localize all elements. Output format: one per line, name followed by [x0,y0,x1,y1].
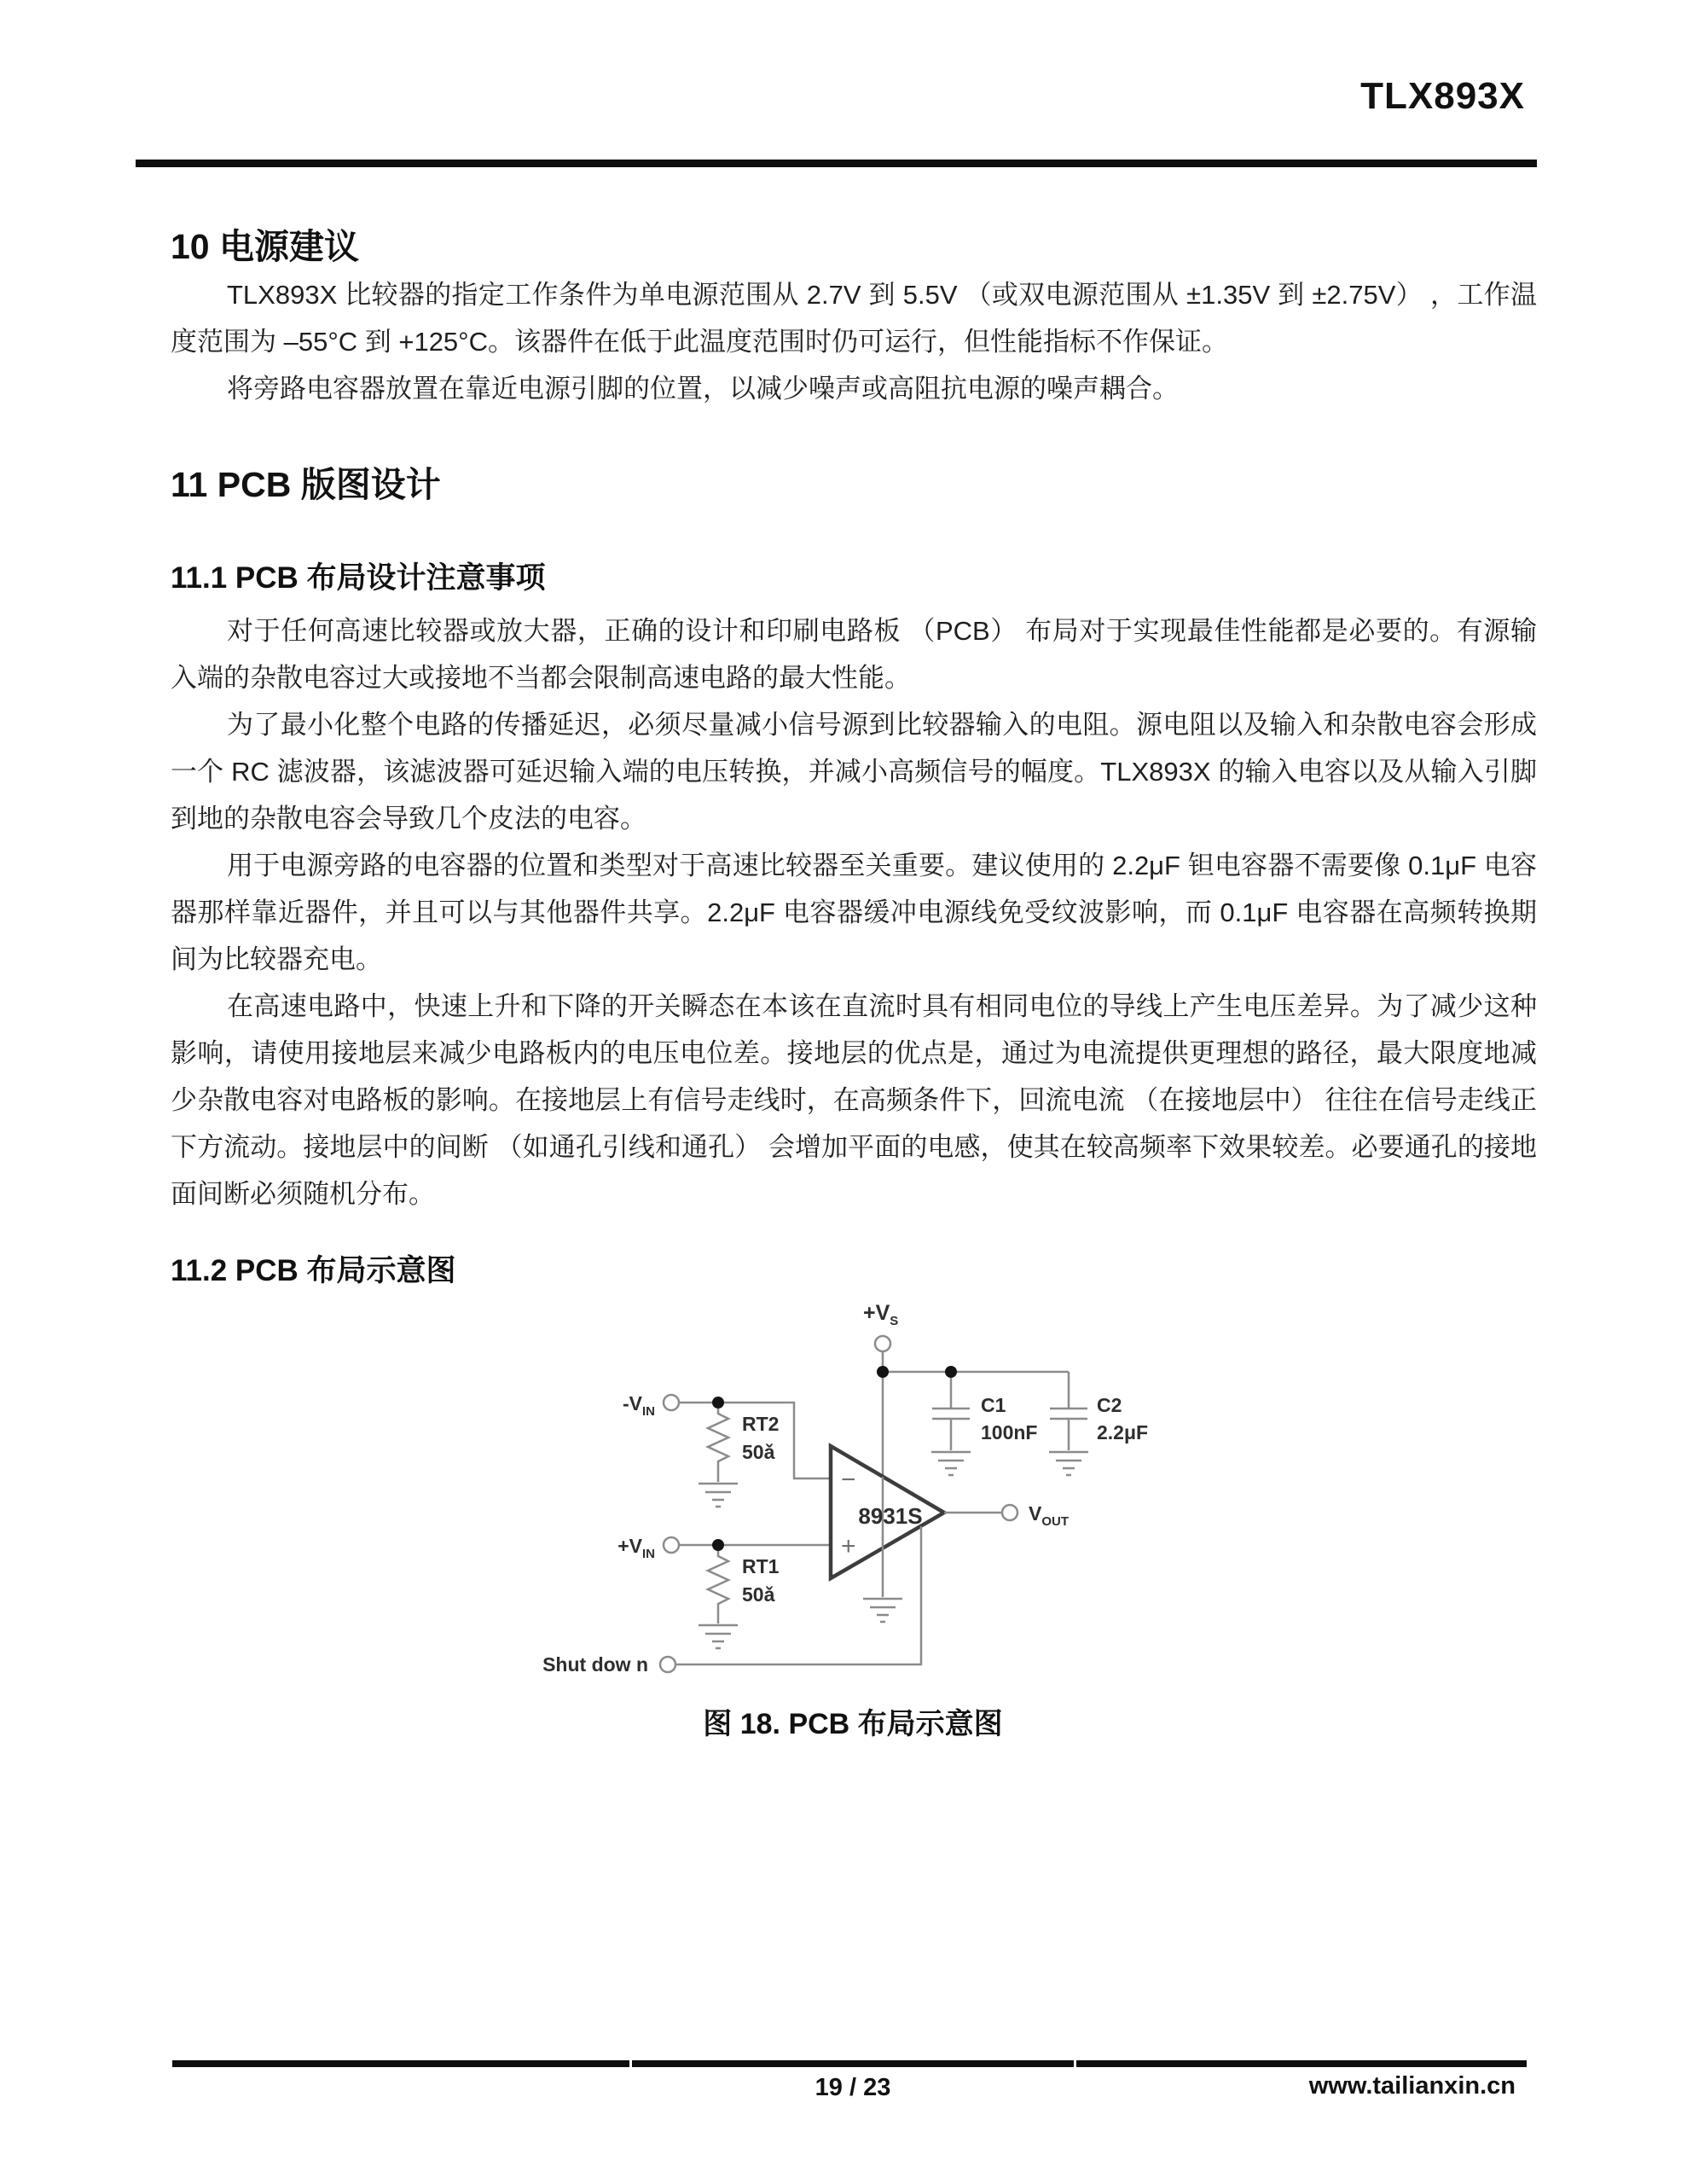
vin-neg-terminal [664,1395,679,1410]
figure-caption: 图 18. PCB 布局示意图 [171,1700,1535,1742]
rt2-value-label: 50ǎ [742,1441,775,1463]
footer-rule-segment [1076,2060,1527,2067]
c2-value-label: 2.2μF [1097,1421,1148,1443]
capacitor-c2 [1049,1372,1088,1475]
datasheet-page: TLX893X 10 电源建议 TLX893X 比较器的指定工作条件为单电源范围… [0,0,1687,2184]
section-11-1-heading: 11.1 PCB 布局设计注意事项 [171,555,1535,597]
section-10-paragraph-2: 将旁路电容器放置在靠近电源引脚的位置，以减少噪声或高阻抗电源的噪声耦合。 [171,365,1537,412]
footer-rule-segment [632,2060,1074,2067]
ground-symbol [931,1452,971,1475]
header-rule [136,160,1537,167]
opamp-part-label: 8931S [858,1503,922,1529]
rt1-name-label: RT1 [742,1555,780,1577]
c1-value-label: 100nF [981,1421,1037,1443]
section-11-1-paragraph-4: 在高速电路中，快速上升和下降的开关瞬态在本该在直流时具有相同电位的导线上产生电压… [171,983,1537,1217]
section-11-1-paragraph-1: 对于任何高速比较器或放大器，正确的设计和印刷电路板 （PCB） 布局对于实现最佳… [171,607,1537,701]
inverting-input-sign: − [841,1466,856,1494]
ground-symbol [699,1484,738,1507]
section-11-1-paragraph-2: 为了最小化整个电路的传播延迟，必须尽量减小信号源到比较器输入的电阻。源电阻以及输… [171,701,1537,842]
junction-dot [712,1397,724,1409]
ground-symbol [699,1625,738,1648]
ground-symbol [1049,1452,1088,1475]
vin-neg-label: -VIN [623,1392,655,1419]
junction-dot [877,1366,889,1378]
resistor-rt1 [699,1545,738,1648]
pcb-layout-figure: RT2 50ǎ RT1 50ǎ [529,1284,1211,1685]
shutdown-label: Shut dow n [542,1653,648,1676]
section-11-heading: 11 PCB 版图设计 [171,456,1535,507]
junction-dot [945,1366,957,1378]
circuit-schematic: RT2 50ǎ RT1 50ǎ [529,1284,1211,1685]
rt2-name-label: RT2 [742,1413,779,1435]
noninverting-input-sign: + [841,1532,856,1560]
vs-terminal [875,1336,890,1351]
ground-symbol [863,1599,902,1622]
footer-rule-segment [172,2060,629,2067]
section-11-1-paragraph-3: 用于电源旁路的电容器的位置和类型对于高速比较器至关重要。建议使用的 2.2μF … [171,842,1537,983]
resistor-rt2 [699,1403,738,1507]
website-url: www.tailianxin.cn [1309,2072,1516,2100]
capacitor-c1 [931,1372,971,1475]
vout-terminal [1002,1505,1017,1520]
section-10-heading: 10 电源建议 [171,218,1535,269]
vin-pos-label: +VIN [617,1535,655,1561]
vout-label: VOUT [1029,1502,1069,1529]
rt1-value-label: 50ǎ [742,1583,775,1606]
c2-name-label: C2 [1097,1394,1122,1416]
c1-name-label: C1 [981,1394,1006,1416]
section-10-paragraph-1: TLX893X 比较器的指定工作条件为单电源范围从 2.7V 到 5.5V （或… [171,271,1537,365]
shutdown-terminal [660,1657,675,1672]
vs-label: +VS [863,1301,898,1328]
doc-title: TLX893X [1360,75,1525,118]
vin-pos-terminal [664,1537,679,1553]
junction-dot [712,1539,724,1551]
